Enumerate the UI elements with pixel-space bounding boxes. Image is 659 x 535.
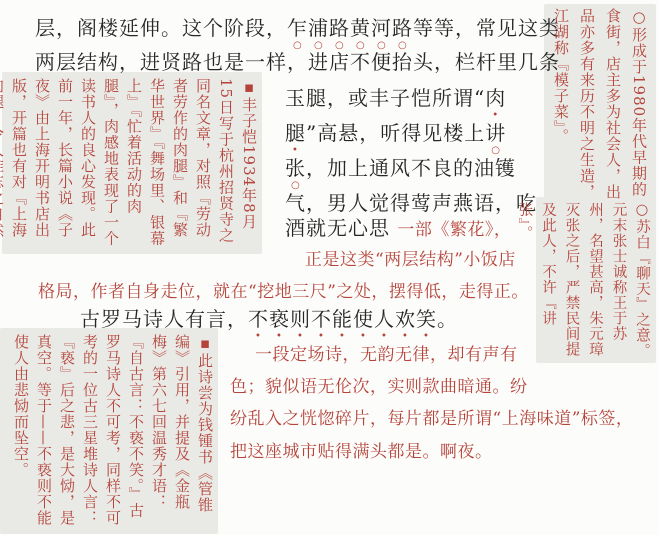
quote-period: 。	[437, 307, 458, 331]
annotation-inline-line-1: 正是这类“两层结构”小饭店	[305, 245, 516, 270]
annotation-book-mention: 一部《繁花》，	[397, 220, 511, 240]
annotation-paragraph-line-4: 把这座城市贴得满头都是。啊夜。	[230, 437, 493, 462]
body-text-segment: 等等，常见这类	[413, 16, 560, 40]
margin-note-right-mid: ○苏白『聊天』之意。元末张士诚称王于苏州，名望甚高，朱元璋灭张之后，严禁民间提及…	[533, 202, 653, 362]
body-text-line-3: 玉腿，或丰子恺所谓“肉	[285, 82, 506, 121]
body-text-segment: ，加上通风不良的油镬	[306, 156, 516, 180]
annotation-paragraph-line-3: 纷乱入之恍惚碎片，每片都是所谓“上海味道”标签，	[230, 404, 633, 429]
body-text-line-5: 张，加上通风不良的油镬	[285, 152, 516, 191]
quote-emphasized: 不亵则不能使人欢笑	[248, 307, 437, 331]
emphasized-char: 腿	[285, 121, 306, 145]
margin-note-left-bottom: ▪此诗尝为钱锺书《管锥编》引用，并提及《金瓶梅》第六七回温秀才语：『自古言：不亵…	[6, 334, 216, 532]
body-text-line-2: 两层结构，进贤路也是一样，进店不便抬头，栏杆里几条	[35, 46, 560, 75]
street-names-emphasized: 乍浦路黄河路	[287, 16, 413, 40]
body-text-segment: 玉腿，或丰子恺所谓“	[285, 86, 485, 110]
body-text-line-4: 腿”高悬，听得见楼上讲	[285, 117, 506, 156]
emphasized-char: 讲	[485, 121, 506, 145]
book-page-scan: 层，阁楼延伸。这个阶段，乍浦路黄河路等等，常见这类 两层结构，进贤路也是一样，进…	[0, 0, 659, 535]
emphasized-char: 张	[285, 156, 306, 180]
emphasized-char: 肉	[485, 86, 506, 110]
body-text-segment: 酒就无心思	[285, 216, 390, 240]
annotation-inline-line-2: 格局，作者自身走位，就在“挖地三尺”之处，摆得低，走得正。	[38, 277, 529, 302]
body-text-line-7: 酒就无心思 一部《繁花》，	[285, 212, 511, 241]
margin-note-left-mid: ▪丰子恺1934年8月15日写于杭州招贤寺之同名文章，对照『劳动者劳作的肉腿』和…	[8, 78, 260, 250]
annotation-paragraph-line-2: 色；貌似语无伦次，实则款曲暗通。纷	[230, 372, 528, 397]
quote-lead-in: 古罗马诗人有言，	[80, 307, 248, 331]
body-text-segment: ”高悬，听得见楼上	[306, 121, 485, 145]
annotation-paragraph-line-1: 一段定场诗，无韵无律，却有声有	[255, 340, 518, 365]
body-text-segment: 层，阁楼延伸。这个阶段，	[35, 16, 287, 40]
margin-note-right-top: ○形成于1980年代早期的食街，店主多为社会人，出品亦多有来历不明之生造，江湖称…	[548, 8, 652, 210]
